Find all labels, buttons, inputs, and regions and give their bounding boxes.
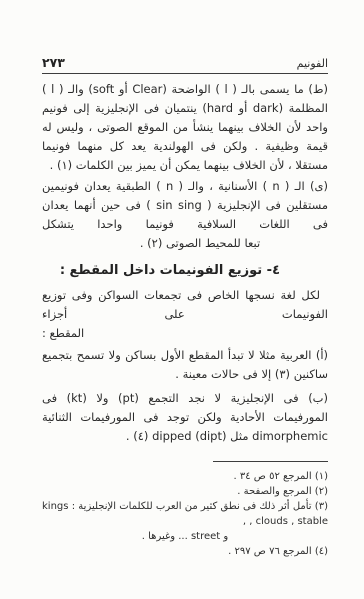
footnotes-block: (١) المرجع ٥٢ ص ٣٤ . (٢) المرجع والصفحة … <box>42 469 328 559</box>
footnote-1: (١) المرجع ٥٢ ص ٣٤ . <box>42 469 328 484</box>
paragraph-alif: (أ) العربية مثلا لا تبدأ المقطع الأول بس… <box>42 346 328 384</box>
footnote-separator <box>213 461 328 462</box>
footnote-2: (٢) المرجع والصفحة . <box>42 484 328 499</box>
paragraph-ba: (ب) فى الإنجليزية لا نجد التجمع (pt) ولا… <box>42 389 328 446</box>
footnote-3-continuation: و street ... وغيرها . <box>42 529 328 544</box>
header-rule <box>42 73 328 74</box>
paragraph-tah: (ط) ما يسمى بالـ ( l ) الواضحة (Clear أو… <box>42 80 328 175</box>
intro-paragraph: لكل لغة نسجها الخاص فى تجمعات السواكن وف… <box>42 286 328 324</box>
page-header: الفونيم ٢٧٣ <box>42 55 328 70</box>
intro-paragraph-tail: المقطع : <box>42 324 328 343</box>
running-title: الفونيم <box>297 57 328 70</box>
paragraph-ya-tail: تبعا للمحيط الصوتى (٢) . <box>42 234 328 253</box>
section-heading: ٤- توزيع الفونيمات داخل المقطع : <box>42 263 280 278</box>
page-content: الفونيم ٢٧٣ (ط) ما يسمى بالـ ( l ) الواض… <box>42 55 328 559</box>
paragraph-ya: (ى) الـ ( n ) الأسنانية ، والـ ( n ) الط… <box>42 177 328 234</box>
footnote-3: (٣) تأمل أثر ذلك فى نطق كثير من العرب لل… <box>42 499 328 529</box>
page-number: ٢٧٣ <box>42 55 65 70</box>
book-page: الفونيم ٢٧٣ (ط) ما يسمى بالـ ( l ) الواض… <box>0 0 364 599</box>
footnote-4: (٤) المرجع ٧٦ ص ٢٩٧ . <box>42 544 328 559</box>
